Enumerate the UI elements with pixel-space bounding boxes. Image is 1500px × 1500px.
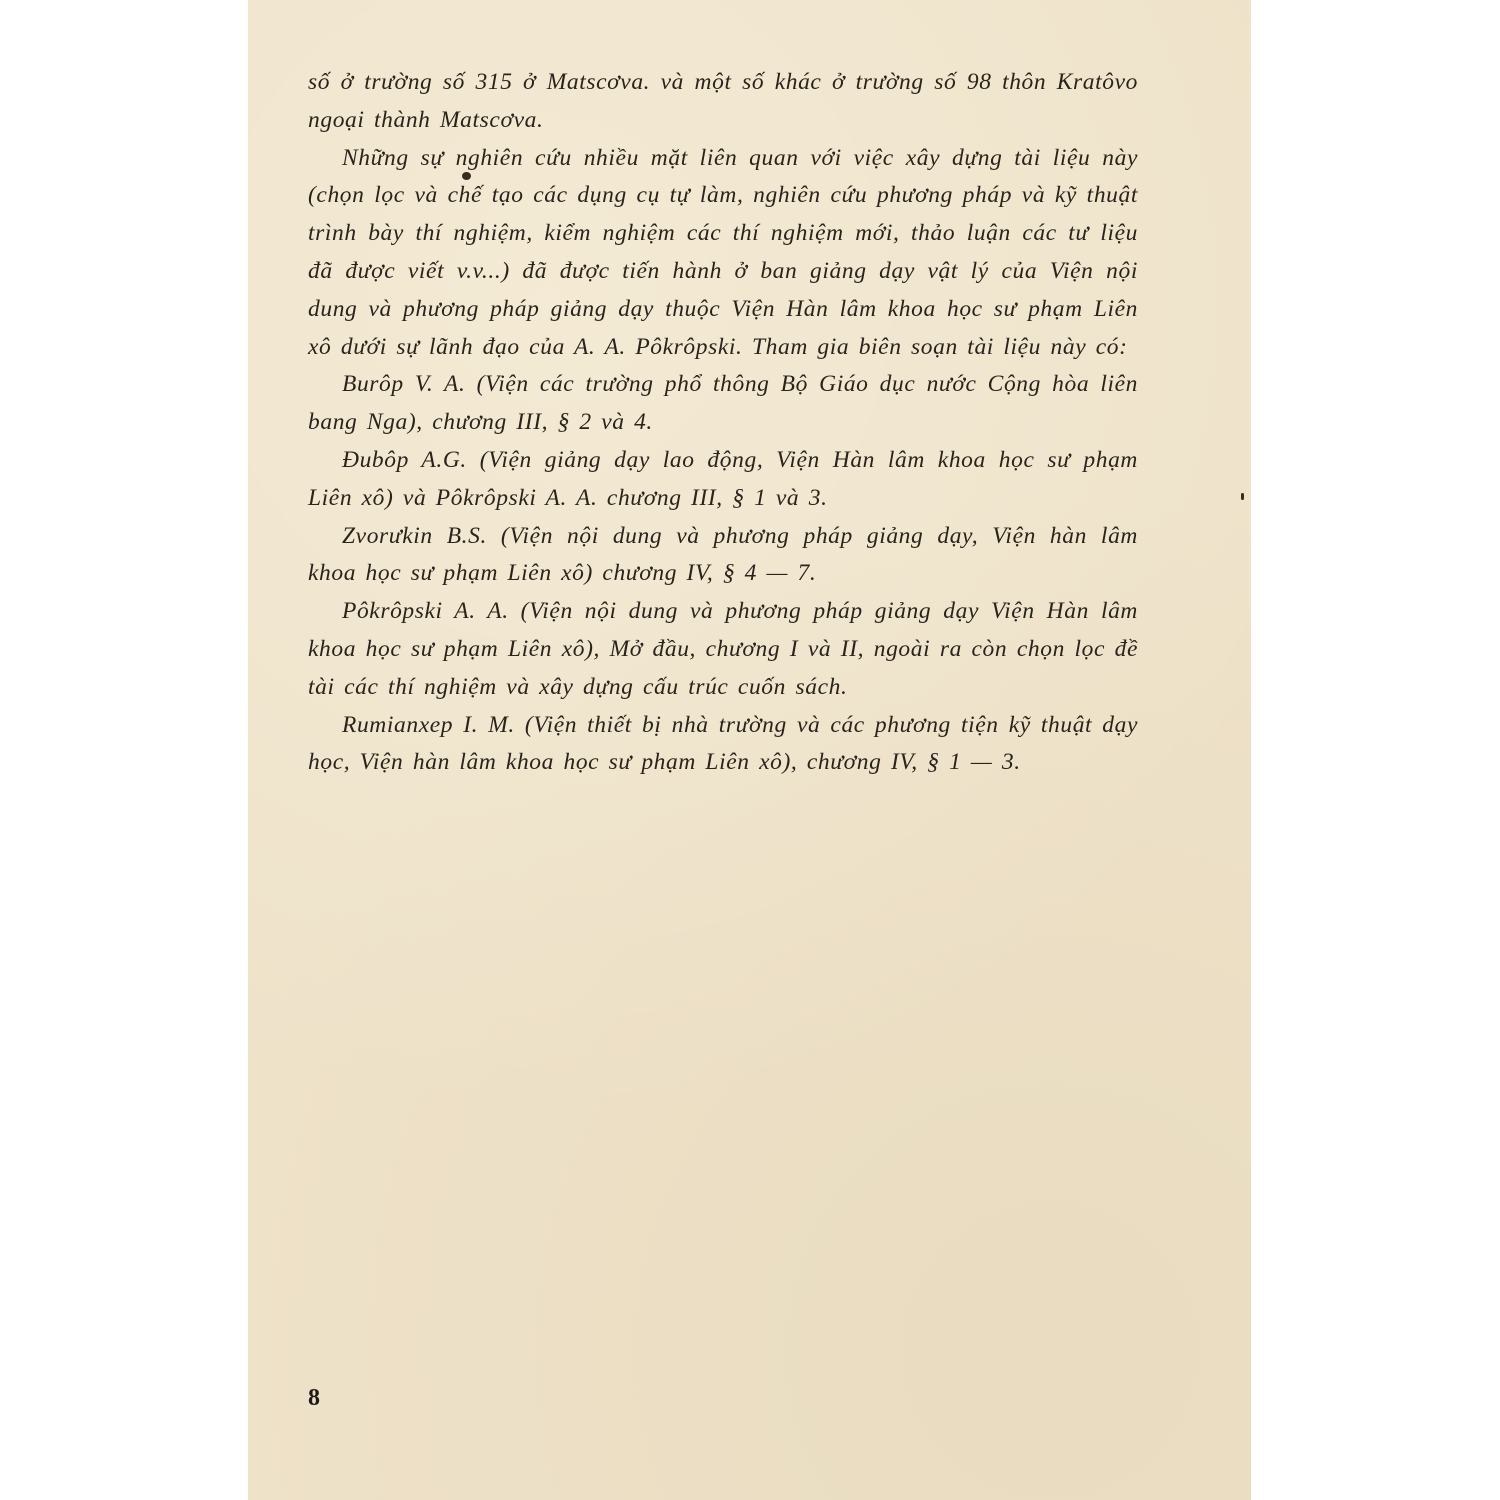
book-page: số ở trường số 315 ở Matscơva. và một số… (248, 0, 1251, 1500)
page-number: 8 (308, 1385, 320, 1412)
contributor-burop: Burôp V. A. (Viện các trường phổ thông B… (308, 366, 1138, 442)
contributor-zvorukin: Zvorưkin B.S. (Viện nội dung và phương p… (308, 518, 1138, 594)
contributor-dubop: Đubôp A.G. (Viện giảng dạy lao động, Việ… (308, 442, 1138, 518)
paragraph-continuation: số ở trường số 315 ở Matscơva. và một số… (308, 64, 1138, 140)
contributor-rumianxep: Rumianxep I. M. (Viện thiết bị nhà trườn… (308, 707, 1138, 783)
contributor-pokropski: Pôkrôpski A. A. (Viện nội dung và phương… (308, 593, 1138, 706)
paper-speck (462, 172, 471, 180)
paper-speck (1241, 493, 1244, 500)
body-text: số ở trường số 315 ở Matscơva. và một số… (308, 64, 1138, 782)
paragraph-research-intro: Những sự nghiên cứu nhiều mặt liên quan … (308, 140, 1138, 367)
